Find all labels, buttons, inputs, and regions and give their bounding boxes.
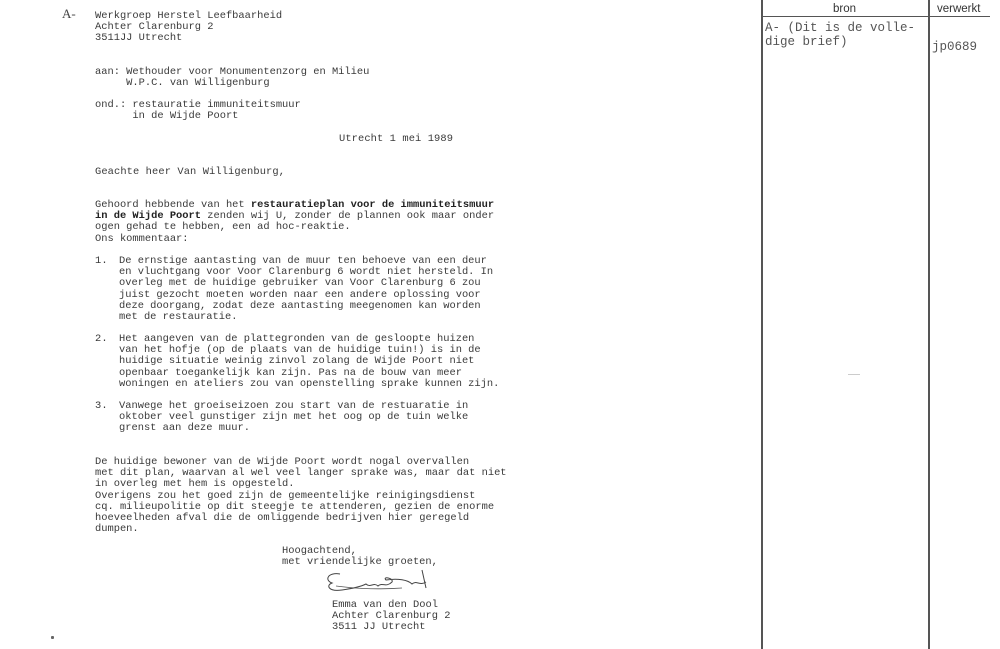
point-1: De ernstige aantasting van de muur ten b… bbox=[119, 256, 493, 323]
point-3: Vanwege het groeiseizoen zou start van d… bbox=[119, 401, 468, 435]
intro-paragraph: Gehoord hebbende van het restauratieplan… bbox=[95, 200, 494, 245]
point-line: grenst aan deze muur. bbox=[119, 423, 468, 434]
bron-line: A- (Dit is de volle- bbox=[765, 22, 915, 36]
signer-city: 3511 JJ Utrecht bbox=[332, 622, 450, 633]
intro-text: ogen gehad te hebben, een ad hoc-reaktie… bbox=[95, 222, 494, 233]
salutation: Geachte heer Van Willigenburg, bbox=[95, 167, 285, 178]
point-2: Het aangeven van de plattegronden van de… bbox=[119, 334, 499, 390]
signature-block: Emma van den Dool Achter Clarenburg 2 35… bbox=[332, 600, 450, 634]
paragraph-line: hoeveelheden afval die de omliggende bed… bbox=[95, 513, 507, 524]
subject: ond.: restauratie immuniteitsmuur in de … bbox=[95, 100, 301, 122]
place-date: Utrecht 1 mei 1989 bbox=[339, 134, 453, 145]
table-header-rule bbox=[762, 16, 990, 17]
intro-text: zenden wij U, zonder de plannen ook maar… bbox=[201, 210, 494, 222]
margin-mark: A- bbox=[62, 6, 76, 22]
point-number: 2. bbox=[95, 334, 108, 345]
subject-line: in de Wijde Poort bbox=[95, 111, 301, 122]
point-number: 3. bbox=[95, 401, 108, 412]
intro-text: Ons kommentaar: bbox=[95, 234, 494, 245]
recipient-line: W.P.C. van Willigenburg bbox=[95, 78, 369, 89]
closing-paragraph: De huidige bewoner van de Wijde Poort wo… bbox=[95, 457, 507, 535]
table-left-border bbox=[761, 0, 763, 649]
bron-line: dige brief) bbox=[765, 36, 915, 50]
point-line: huidige situatie weinig zinvol zolang de… bbox=[119, 356, 499, 367]
point-line: overleg met de huidige gebruiker van Voo… bbox=[119, 278, 493, 289]
verwerkt-cell: jp0689 bbox=[932, 41, 977, 55]
intro-bold-text: in de Wijde Poort bbox=[95, 210, 201, 222]
paragraph-line: in overleg met hem is opgesteld. bbox=[95, 479, 507, 490]
sender-city: 3511JJ Utrecht bbox=[95, 33, 282, 44]
point-number: 1. bbox=[95, 256, 108, 267]
intro-text: Gehoord hebbende van het bbox=[95, 199, 251, 211]
recipient: aan: Wethouder voor Monumentenzorg en Mi… bbox=[95, 67, 369, 89]
point-line: met de restauratie. bbox=[119, 312, 493, 323]
header-verwerkt: verwerkt bbox=[937, 3, 980, 15]
stray-dot bbox=[51, 636, 54, 639]
bron-cell: A- (Dit is de volle-dige brief) bbox=[765, 22, 915, 49]
header-bron: bron bbox=[833, 3, 856, 15]
intro-bold-text: restauratieplan voor de immuniteitsmuur bbox=[251, 199, 494, 211]
handwritten-signature bbox=[322, 566, 434, 596]
point-line: woningen en ateliers zou van openstellin… bbox=[119, 379, 499, 390]
stray-mark bbox=[848, 374, 860, 375]
paragraph-line: dumpen. bbox=[95, 524, 507, 535]
table-column-divider bbox=[928, 0, 930, 649]
sender-address: Werkgroep Herstel Leefbaarheid Achter Cl… bbox=[95, 11, 282, 45]
